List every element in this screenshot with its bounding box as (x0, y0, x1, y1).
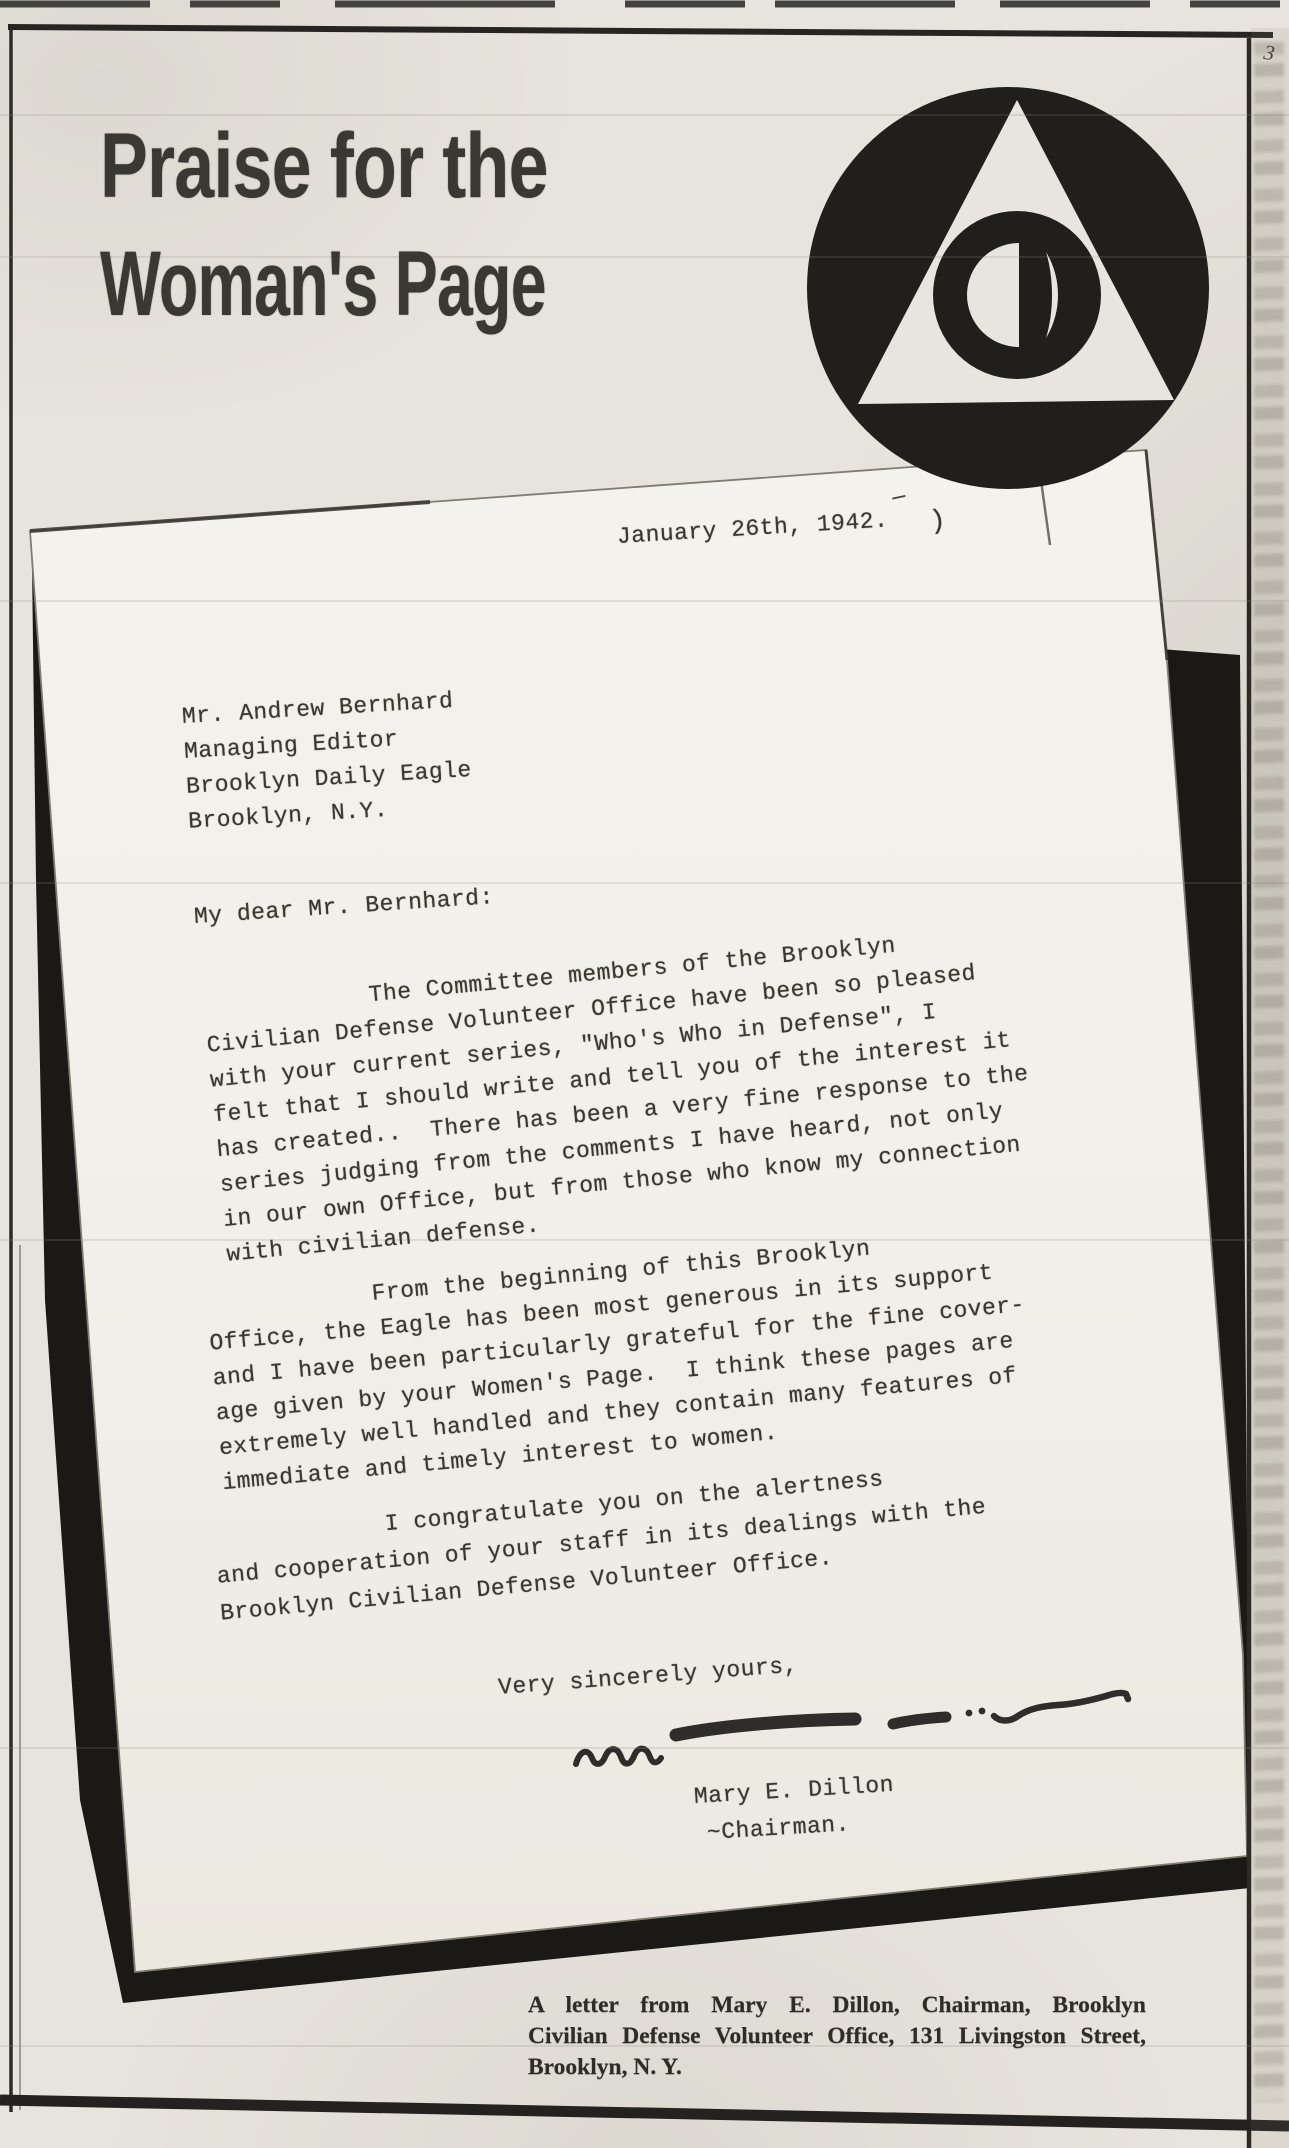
bottom-border-rule (0, 2100, 1289, 2126)
caption-line: Brooklyn, N. Y. (528, 2052, 1146, 2083)
caption-line: A letter from Mary E. Dillon, Chairman, … (528, 1990, 1146, 2021)
civil-defense-logo-icon (807, 87, 1209, 489)
recipient-address: Mr. Andrew Bernhard Managing Editor Broo… (181, 683, 475, 840)
bleed-through-text (1254, 42, 1284, 2102)
headline-line-1: Praise for the (100, 120, 548, 212)
caption-line: Civilian Defense Volunteer Office, 131 L… (528, 2021, 1146, 2052)
caption: A letter from Mary E. Dillon, Chairman, … (528, 1990, 1146, 2083)
pen-paren-mark: ) (928, 506, 948, 538)
headline-line-2: Woman's Page (100, 238, 546, 330)
top-border-rule (8, 27, 1273, 35)
newspaper-clipping: Praise for the Woman's Page 3 January 26… (0, 0, 1289, 2148)
